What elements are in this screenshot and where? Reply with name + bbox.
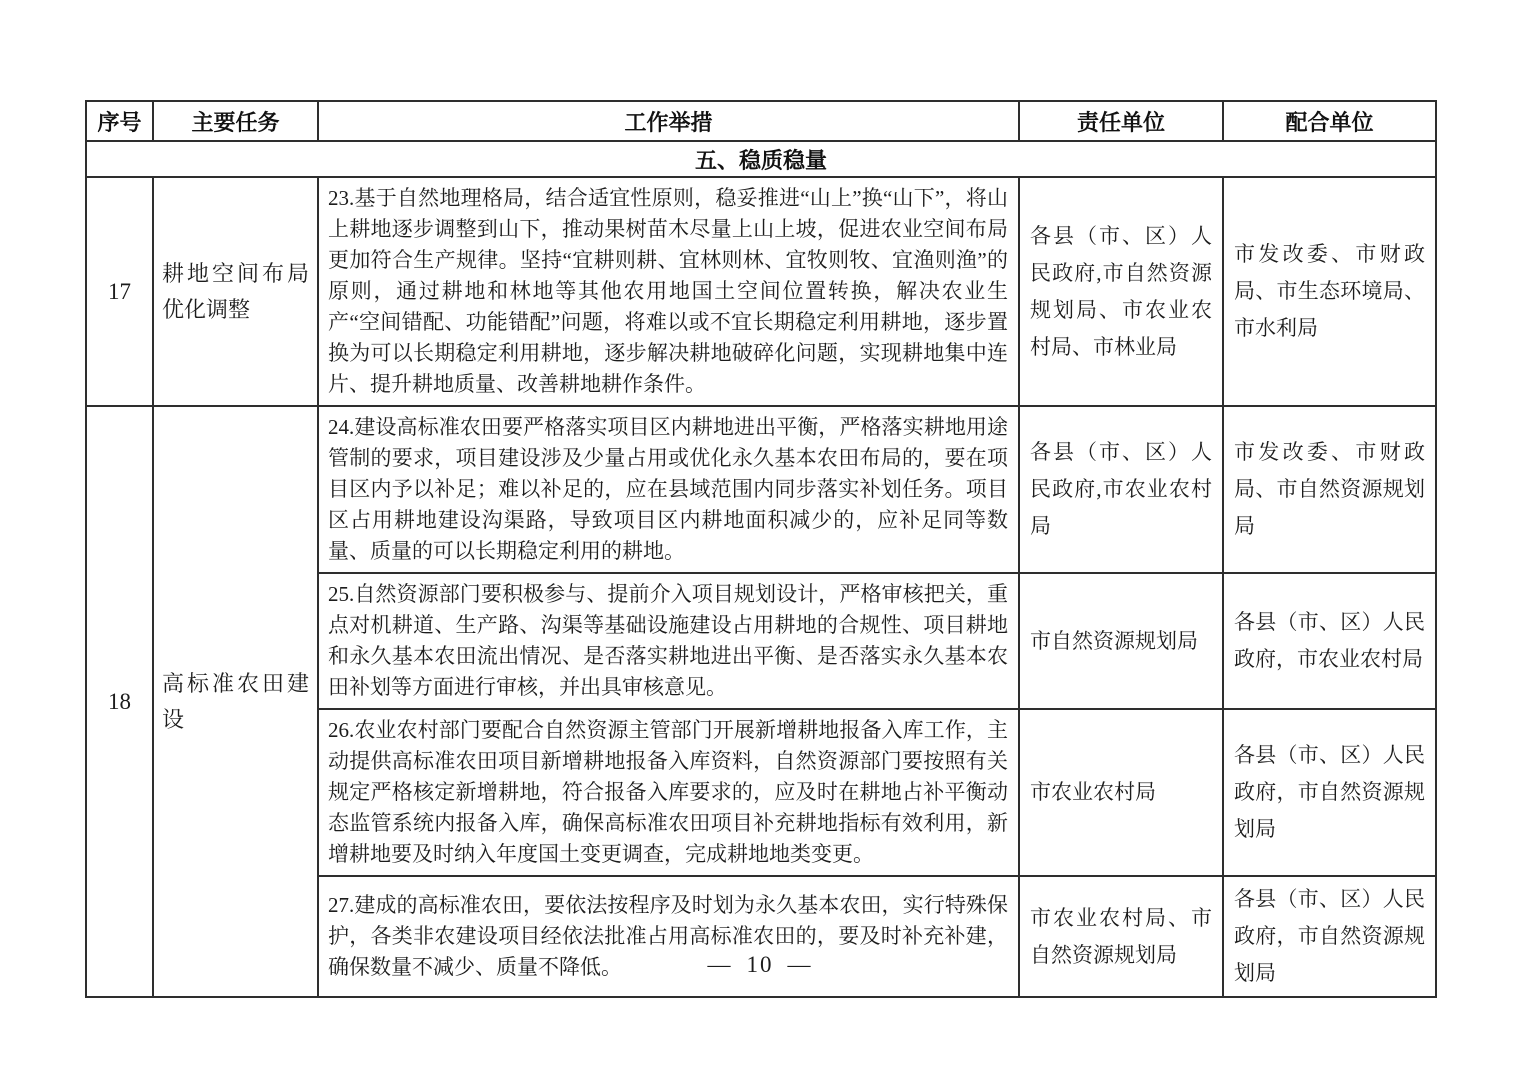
responsible-cell: 市自然资源规划局 [1019, 573, 1223, 709]
measure-cell: 27.建成的高标准农田，要依法按程序及时划为永久基本农田，实行特殊保护，各类非农… [318, 876, 1019, 997]
section-title: 五、稳质稳量 [86, 141, 1436, 177]
serial-cell: 17 [86, 177, 153, 406]
cooperating-cell: 各县（市、区）人民政府，市自然资源规划局 [1223, 709, 1436, 876]
measure-cell: 23.基于自然地理格局，结合适宜性原则，稳妥推进“山上”换“山下”，将山上耕地逐… [318, 177, 1019, 406]
column-header-responsible: 责任单位 [1019, 101, 1223, 141]
column-header-measures: 工作举措 [318, 101, 1019, 141]
responsible-cell: 市农业农村局 [1019, 709, 1223, 876]
task-cell: 高标准农田建设 [153, 406, 318, 997]
page-number-value: 10 [747, 952, 774, 977]
measure-cell: 24.建设高标准农田要严格落实项目区内耕地进出平衡，严格落实耕地用途管制的要求，… [318, 406, 1019, 573]
measure-cell: 25.自然资源部门要积极参与、提前介入项目规划设计，严格审核把关，重点对机耕道、… [318, 573, 1019, 709]
page-number-left-dash: — [694, 952, 747, 977]
measure-cell: 26.农业农村部门要配合自然资源主管部门开展新增耕地报备入库工作，主动提供高标准… [318, 709, 1019, 876]
cooperating-cell: 市发改委、市财政局、市自然资源规划局 [1223, 406, 1436, 573]
responsible-cell: 各县（市、区）人民政府,市农业农村局 [1019, 406, 1223, 573]
header-row: 序号 主要任务 工作举措 责任单位 配合单位 [86, 101, 1436, 141]
cooperating-cell: 各县（市、区）人民政府，市农业农村局 [1223, 573, 1436, 709]
cooperating-cell: 市发改委、市财政局、市生态环境局、市水利局 [1223, 177, 1436, 406]
column-header-task: 主要任务 [153, 101, 318, 141]
section-title-row: 五、稳质稳量 [86, 141, 1436, 177]
cooperating-cell: 各县（市、区）人民政府，市自然资源规划局 [1223, 876, 1436, 997]
responsible-cell: 各县（市、区）人民政府,市自然资源规划局、市农业农村局、市林业局 [1019, 177, 1223, 406]
column-header-serial: 序号 [86, 101, 153, 141]
page-number: —10— [0, 952, 1520, 978]
task-measure-table: 序号 主要任务 工作举措 责任单位 配合单位 五、稳质稳量 17 耕地空间布局优… [85, 100, 1437, 998]
column-header-cooperating: 配合单位 [1223, 101, 1436, 141]
responsible-cell: 市农业农村局、市自然资源规划局 [1019, 876, 1223, 997]
task-cell: 耕地空间布局优化调整 [153, 177, 318, 406]
table-row: 18 高标准农田建设 24.建设高标准农田要严格落实项目区内耕地进出平衡，严格落… [86, 406, 1436, 573]
serial-cell: 18 [86, 406, 153, 997]
table-row: 17 耕地空间布局优化调整 23.基于自然地理格局，结合适宜性原则，稳妥推进“山… [86, 177, 1436, 406]
page-number-right-dash: — [774, 952, 827, 977]
